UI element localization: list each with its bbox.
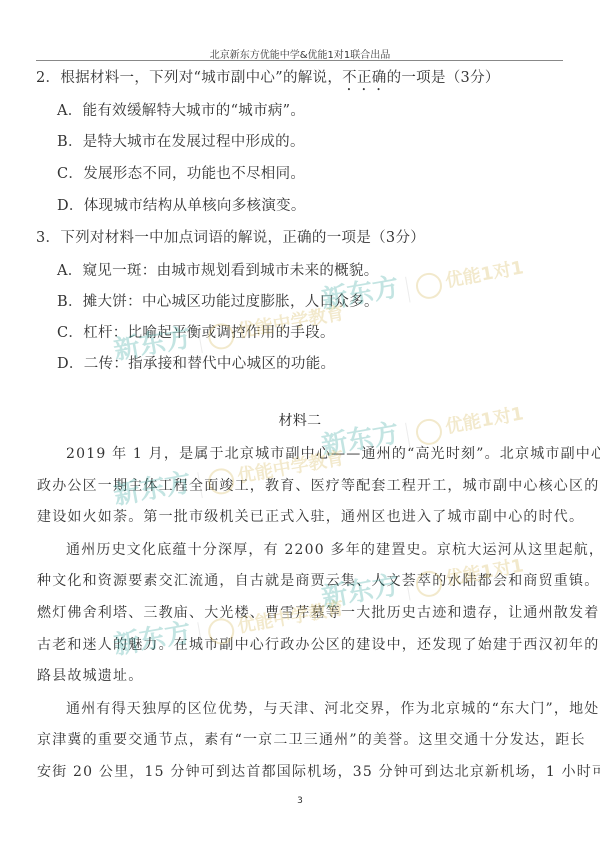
question-3-option-c: C．杠杆：比喻起平衡或调控作用的手段。 xyxy=(57,321,335,342)
question-3-stem: 3．下列对材料一中加点词语的解说，正确的一项是（3分） xyxy=(36,226,425,247)
paragraph-line: 京津冀的重要交通节点，素有“一京二卫三通州”的美誉。这里交通十分发达，距长 xyxy=(37,729,586,749)
question-2-option-c: C．发展形态不同，功能也不尽相同。 xyxy=(57,162,305,183)
question-2-option-b: B．是特大城市在发展过程中形成的。 xyxy=(57,130,305,151)
paragraph-line: 种文化和资源要素交汇流通，自古就是商贾云集、人文荟萃的水陆都会和商贸重镇。 xyxy=(37,570,599,590)
question-2-option-a: A．能有效缓解特大城市的“城市病”。 xyxy=(57,99,305,120)
question-3-option-a: A．窥见一斑：由城市规划看到城市未来的概貌。 xyxy=(57,259,379,280)
paragraph-line: 古老和迷人的魅力。在城市副中心行政办公区的建设中，还发现了始建于西汉初年的 xyxy=(37,634,599,654)
watermark-brand: 优能1对1 xyxy=(444,257,526,291)
paragraph-line: 2019 年 1 月，是属于北京城市副中心——通州的“高光时刻”。北京城市副中心… xyxy=(66,443,600,463)
question-2-stem: 2．根据材料一，下列对“城市副中心”的解说，不正确的一项是（3分） xyxy=(36,66,500,94)
material-2-title: 材料二 xyxy=(0,410,600,430)
paragraph-line: 政办公区一期主体工程全面竣工，教育、医疗等配套工程开工，城市副中心核心区的 xyxy=(37,475,599,495)
question-3-option-b: B．摊大饼：中心城区功能过度膨胀，人口众多。 xyxy=(57,290,379,311)
page-header: 北京新东方优能中学&优能1对1联合出品 xyxy=(36,46,564,61)
question-2-option-d: D．体现城市结构从单核向多核演变。 xyxy=(57,194,306,215)
paragraph-line: 安街 20 公里，15 分钟可到达首都国际机场，35 分钟可到达北京新机场，1 … xyxy=(37,761,600,781)
watermark-divider xyxy=(405,276,410,302)
youneng-circle-icon xyxy=(414,270,444,300)
stem-text: 的一项是（3分） xyxy=(387,70,500,86)
header-rule xyxy=(36,60,563,61)
stem-text: 2．根据材料一，下列对“城市副中心”的解说， xyxy=(36,70,342,86)
paragraph-line: 路县故城遗址。 xyxy=(37,665,143,685)
paragraph-line: 通州有得天独厚的区位优势，与天津、河北交界，作为北京城的“东大门”，地处 xyxy=(66,698,600,718)
paragraph-line: 通州历史文化底蕴十分深厚，有 2200 多年的建置史。京杭大运河从这里起航，多 xyxy=(66,539,600,559)
emphasized-text: 不正确 xyxy=(342,70,386,86)
page-number: 3 xyxy=(0,796,600,806)
paragraph-line: 建设如火如荼。第一批市级机关已正式入驻，通州区也进入了城市副中心的时代。 xyxy=(37,506,584,526)
paragraph-line: 燃灯佛舍利塔、三教庙、大光楼、曹雪芹墓等一大批历史古迹和遗存，让通州散发着 xyxy=(37,602,599,622)
question-3-option-d: D．二传：指承接和替代中心城区的功能。 xyxy=(57,352,335,373)
